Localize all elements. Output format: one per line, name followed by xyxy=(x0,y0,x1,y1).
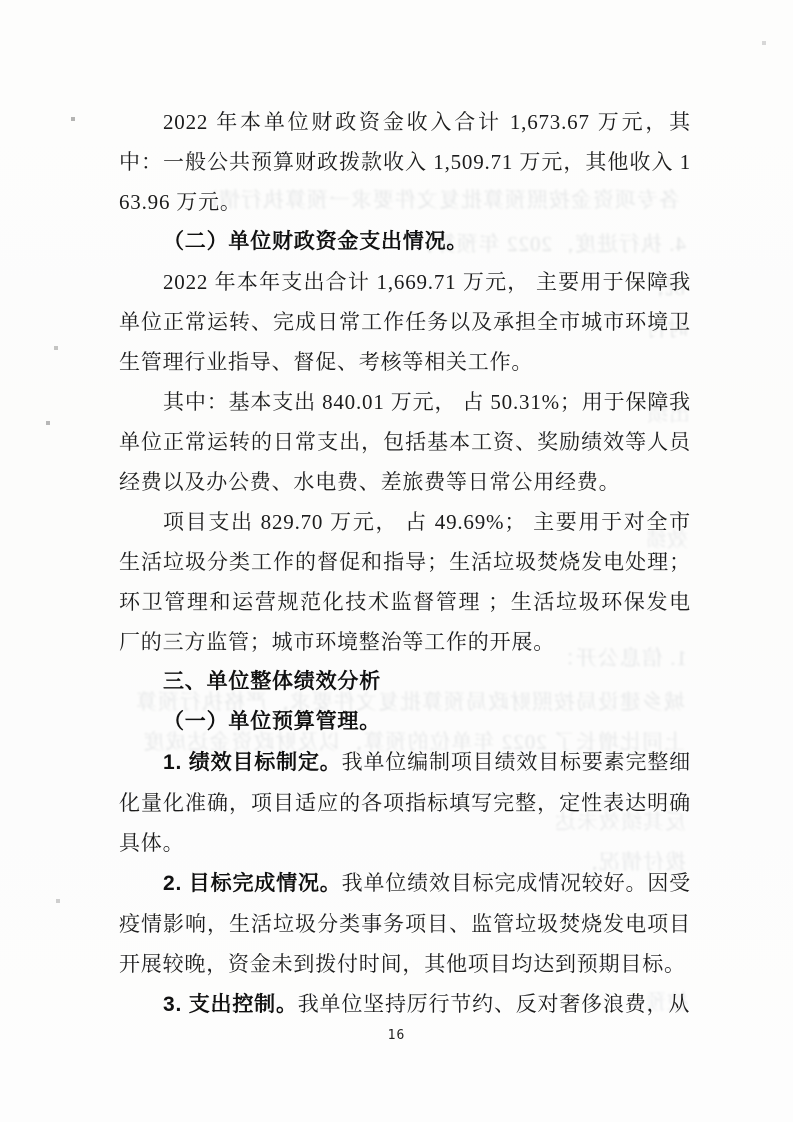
heading-text: 三、单位整体绩效分析 xyxy=(163,670,381,693)
paragraph-lead: 3. 支出控制。 xyxy=(163,993,298,1016)
heading-section3-performance-analysis: 三、单位整体绩效分析 xyxy=(119,662,691,702)
paragraph-text: 2022 年本年支出合计 1,669.71 万元， 主要用于保障我单位正常运转、… xyxy=(119,270,691,374)
paragraph-text: 其中：基本支出 840.01 万元， 占 50.31%；用于保障我单位正常运转的… xyxy=(119,390,691,494)
paragraph-project-expenditure: 项目支出 829.70 万元， 占 49.69%； 主要用于对全市生活垃圾分类工… xyxy=(119,502,691,662)
paragraph-basic-expenditure: 其中：基本支出 840.01 万元， 占 50.31%；用于保障我单位正常运转的… xyxy=(119,382,691,502)
document-body: 2022 年本单位财政资金收入合计 1,673.67 万元，其中：一般公共预算财… xyxy=(119,102,691,1025)
heading-section2-expenditure: （二）单位财政资金支出情况。 xyxy=(119,222,691,262)
paragraph-lead: 2. 目标完成情况。 xyxy=(163,872,342,895)
document-page: 各专项资金按照预算批复文件要求一预算执行情况， 4. 执行进度，2022 年预算… xyxy=(0,0,793,1122)
paragraph-expenditure-total: 2022 年本年支出合计 1,669.71 万元， 主要用于保障我单位正常运转、… xyxy=(119,262,691,382)
scan-noise xyxy=(0,0,2,2)
paragraph-text: 项目支出 829.70 万元， 占 49.69%； 主要用于对全市生活垃圾分类工… xyxy=(119,510,691,654)
heading-text: （一）单位预算管理。 xyxy=(163,710,381,733)
paragraph-lead: 1. 绩效目标制定。 xyxy=(163,751,342,774)
paragraph-text: 我单位坚持厉行节约、反对奢侈浪费，从 xyxy=(298,992,690,1016)
page-number: 16 xyxy=(0,1028,793,1043)
paragraph-text: 2022 年本单位财政资金收入合计 1,673.67 万元，其中：一般公共预算财… xyxy=(119,110,691,214)
paragraph-expenditure-control: 3. 支出控制。我单位坚持厉行节约、反对奢侈浪费，从 xyxy=(119,984,691,1025)
paragraph-income-summary: 2022 年本单位财政资金收入合计 1,673.67 万元，其中：一般公共预算财… xyxy=(119,102,691,222)
paragraph-goal-completion: 2. 目标完成情况。我单位绩效目标完成情况较好。因受疫情影响，生活垃圾分类事务项… xyxy=(119,863,691,984)
heading-text: （二）单位财政资金支出情况。 xyxy=(163,230,468,253)
heading-subsection1-budget-management: （一）单位预算管理。 xyxy=(119,702,691,742)
paragraph-goal-setting: 1. 绩效目标制定。我单位编制项目绩效目标要素完整细化量化准确，项目适应的各项指… xyxy=(119,742,691,863)
